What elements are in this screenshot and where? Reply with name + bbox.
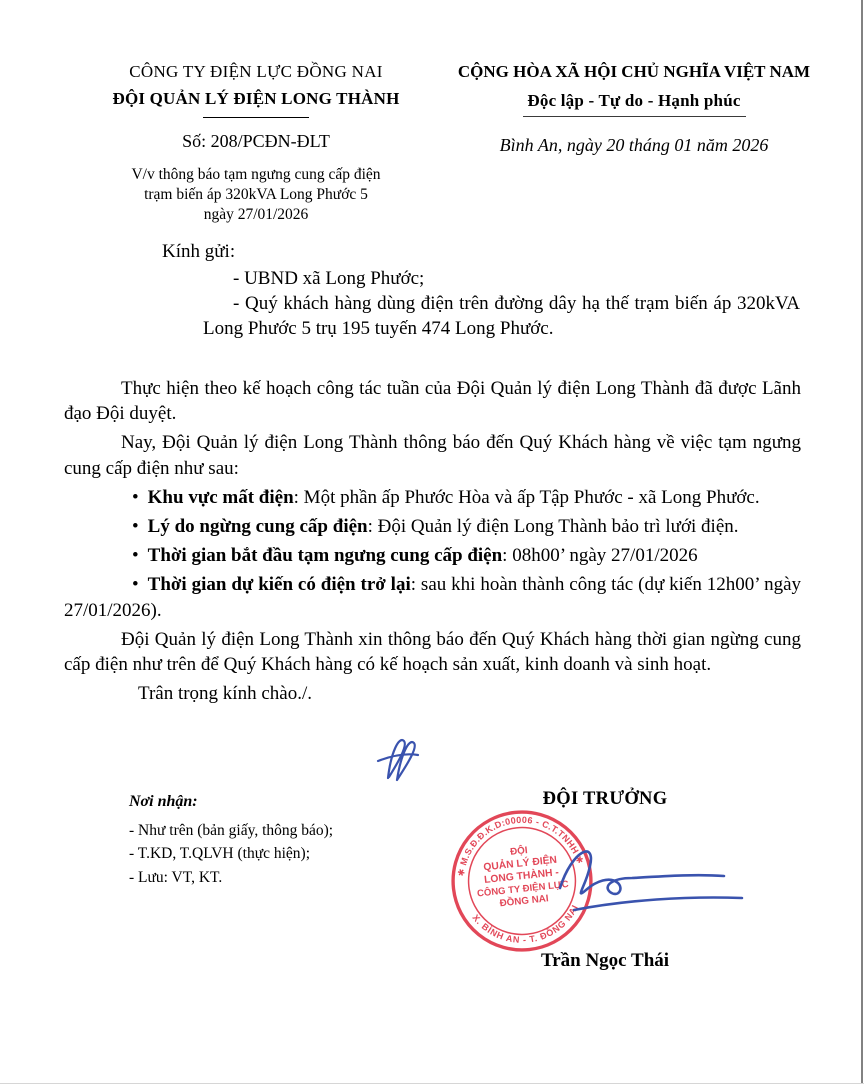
bullet-outage-area: •Khu vực mất điện: Một phần ấp Phước Hòa…	[64, 485, 801, 510]
subject-line-3: ngày 27/01/2026	[58, 205, 454, 225]
document-subject: V/v thông báo tạm ngưng cung cấp điện tr…	[58, 165, 454, 225]
bullet-label: Thời gian bắt đầu tạm ngưng cung cấp điệ…	[148, 545, 503, 566]
cc-list-block: Nơi nhận: - Như trên (bản giấy, thông bá…	[129, 790, 333, 889]
bullet-text: : Một phần ấp Phước Hòa và ấp Tập Phước …	[294, 487, 760, 508]
official-letter-page: CÔNG TY ĐIỆN LỰC ĐỒNG NAI ĐỘI QUẢN LÝ ĐI…	[0, 0, 864, 1084]
signer-name: Trần Ngọc Thái	[440, 950, 770, 972]
bullet-dot: •	[132, 487, 139, 508]
salutation: Kính gửi:	[162, 241, 235, 263]
paragraph-announce: Nay, Đội Quản lý điện Long Thành thông b…	[64, 430, 801, 480]
subject-line-1: V/v thông báo tạm ngưng cung cấp điện	[58, 165, 454, 185]
cc-item: - Như trên (bản giấy, thông báo);	[129, 819, 333, 843]
company-name: CÔNG TY ĐIỆN LỰC ĐỒNG NAI	[58, 62, 454, 82]
national-motto: Độc lập - Tự do - Hạnh phúc	[438, 91, 830, 111]
bullet-dot: •	[132, 545, 139, 566]
header-left-rule	[203, 117, 309, 118]
subject-line-2: trạm biến áp 320kVA Long Phước 5	[58, 185, 454, 205]
paraph-initials-signature	[366, 728, 426, 788]
handwritten-signature	[546, 836, 746, 921]
bullet-outage-start: •Thời gian bắt đầu tạm ngưng cung cấp đi…	[64, 543, 801, 568]
cc-item: - T.KD, T.QLVH (thực hiện);	[129, 842, 333, 866]
paragraph-closing: Đội Quản lý điện Long Thành xin thông bá…	[64, 627, 801, 677]
bullet-label: Lý do ngừng cung cấp điện	[148, 516, 368, 537]
header-right-block: CỘNG HÒA XÃ HỘI CHỦ NGHĨA VIỆT NAM Độc l…	[438, 62, 830, 156]
bullet-power-restore: •Thời gian dự kiến có điện trở lại: sau …	[64, 572, 801, 622]
bullet-dot: •	[132, 516, 139, 537]
letter-body: Thực hiện theo kế hoạch công tác tuần củ…	[64, 376, 801, 710]
closing-salute: Trân trọng kính chào./.	[64, 681, 801, 706]
bullet-label: Thời gian dự kiến có điện trở lại	[148, 574, 411, 595]
page-right-edge-line	[861, 0, 863, 1084]
seal-center-line: ĐỘI	[510, 844, 529, 858]
document-number: Số: 208/PCĐN-ĐLT	[58, 131, 454, 152]
recipient-list: - UBND xã Long Phước; - Quý khách hàng d…	[203, 266, 800, 341]
unit-name: ĐỘI QUẢN LÝ ĐIỆN LONG THÀNH	[58, 89, 454, 109]
cc-list-label: Nơi nhận:	[129, 790, 333, 814]
paragraph-plan: Thực hiện theo kế hoạch công tác tuần củ…	[64, 376, 801, 426]
header-left-block: CÔNG TY ĐIỆN LỰC ĐỒNG NAI ĐỘI QUẢN LÝ ĐI…	[58, 62, 454, 225]
bullet-dot: •	[132, 574, 139, 595]
national-title: CỘNG HÒA XÃ HỘI CHỦ NGHĨA VIỆT NAM	[438, 62, 830, 82]
recipient-item: - Quý khách hàng dùng điện trên đường dâ…	[203, 291, 800, 341]
place-and-date: Bình An, ngày 20 tháng 01 năm 2026	[438, 135, 830, 156]
bullet-label: Khu vực mất điện	[148, 487, 294, 508]
bullet-text: : Đội Quản lý điện Long Thành bảo trì lư…	[368, 516, 739, 537]
cc-item: - Lưu: VT, KT.	[129, 866, 333, 890]
header-right-rule	[523, 116, 746, 117]
bullet-outage-reason: •Lý do ngừng cung cấp điện: Đội Quản lý …	[64, 514, 801, 539]
bullet-text: : 08h00’ ngày 27/01/2026	[502, 545, 697, 566]
recipient-item: - UBND xã Long Phước;	[203, 266, 800, 291]
